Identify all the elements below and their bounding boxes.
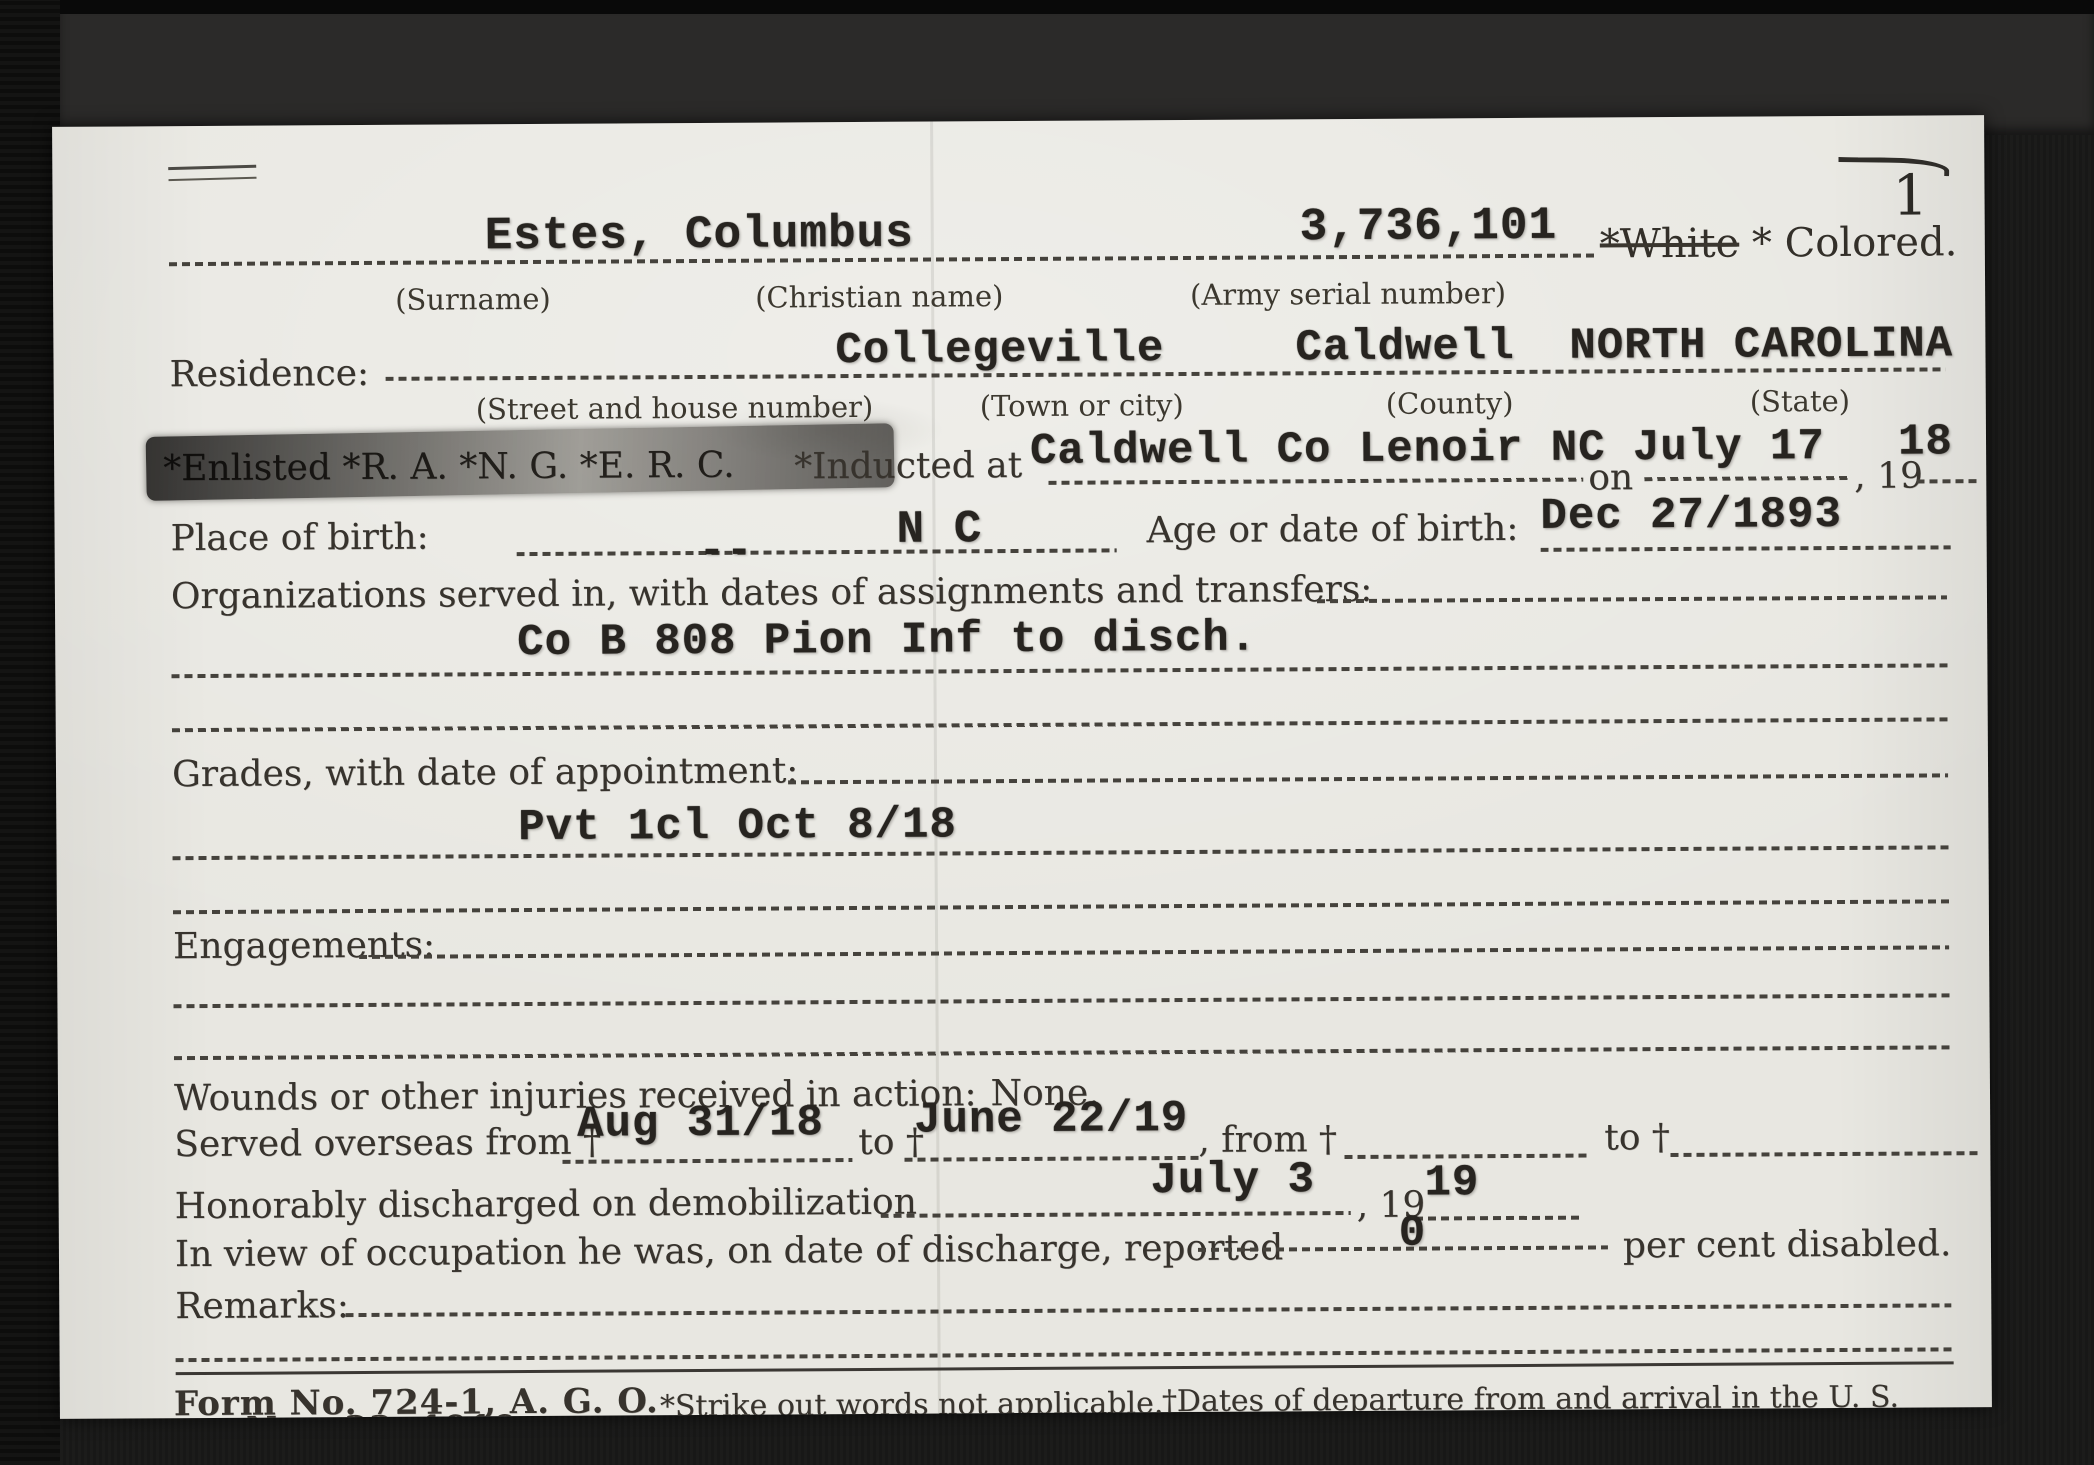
- dotted-rule: [174, 1045, 1952, 1060]
- induction-place-value: Caldwell Co Lenoir NC July 17: [1030, 422, 1825, 477]
- dotted-rule: [171, 663, 1949, 678]
- birth-place-label: Place of birth:: [170, 517, 428, 560]
- overseas-from1-value: Aug 31/18: [577, 1098, 824, 1150]
- engagements-label: Engagements:: [173, 925, 435, 968]
- birth-date-value: Dec 27/1893: [1540, 490, 1842, 542]
- birth-dashes-value: --: [699, 527, 754, 577]
- dotted-rule: [173, 993, 1951, 1008]
- dagger-note: †Dates of departure from and arrival in …: [1162, 1380, 1899, 1419]
- birth-place-value: N C: [896, 503, 982, 556]
- scan-left-edge: [0, 0, 60, 1465]
- dotted-rule: [1670, 1151, 1982, 1157]
- organizations-label: Organizations served in, with dates of a…: [171, 569, 1373, 617]
- grades-value: Pvt 1cl Oct 8/18: [518, 800, 957, 853]
- dotted-rule: [386, 367, 1946, 381]
- dotted-rule: [1048, 478, 1583, 485]
- dotted-rule: [562, 1158, 852, 1164]
- disability-value: 0: [1399, 1209, 1427, 1259]
- dotted-rule: [517, 548, 1117, 556]
- dotted-rule: [1644, 476, 1849, 481]
- discharge-label: Honorably discharged on demobilization: [175, 1182, 917, 1228]
- discharge-date-value: July 3: [1150, 1155, 1315, 1206]
- dotted-rule: [173, 845, 1951, 860]
- dotted-rule: [881, 1211, 1351, 1218]
- residence-county-value: Caldwell: [1295, 322, 1515, 373]
- fold-line: [930, 122, 941, 1414]
- disability-suffix: per cent disabled.: [1623, 1223, 1952, 1266]
- grades-label: Grades, with date of appointment:: [172, 750, 799, 795]
- organizations-value: Co B 808 Pion Inf to disch.: [517, 614, 1257, 669]
- birth-age-label: Age or date of birth:: [1146, 508, 1518, 551]
- overseas-to1-value: June 22/19: [914, 1094, 1188, 1146]
- overseas-label: Served overseas from †: [174, 1122, 601, 1166]
- remarks-label: Remarks:: [175, 1285, 349, 1327]
- dotted-rule: [173, 899, 1951, 914]
- town-caption: (Town or city): [980, 388, 1184, 423]
- dotted-rule: [176, 1347, 1954, 1362]
- scan-background: 1 Estes, Columbus 3,736,101 *White * Col…: [0, 0, 2094, 1465]
- dotted-rule: [1415, 1216, 1583, 1221]
- corner-dash-mark: [168, 165, 256, 181]
- dotted-rule: [172, 717, 1950, 732]
- residence-label: Residence:: [169, 353, 369, 395]
- residence-state-value: NORTH CAROLINA: [1569, 319, 1953, 371]
- christian-name-caption: (Christian name): [755, 279, 1003, 315]
- form-date: Nov. 22, 1919: [246, 1408, 519, 1419]
- state-caption: (State): [1750, 384, 1850, 419]
- race-strike-field: *White * Colored.: [1600, 219, 1958, 267]
- street-caption: (Street and house number): [476, 390, 874, 426]
- dotted-rule: [345, 1303, 1951, 1317]
- strikeout-smudge: [146, 423, 895, 501]
- dotted-rule: [1916, 479, 1978, 483]
- dotted-rule: [1541, 545, 1951, 552]
- white-option: *White: [1600, 221, 1740, 268]
- surname-value: Estes, Columbus: [485, 208, 914, 263]
- scan-top-edge: [0, 0, 2094, 14]
- county-caption: (County): [1386, 386, 1514, 421]
- serial-caption: (Army serial number): [1190, 276, 1506, 312]
- serial-number-value: 3,736,101: [1300, 200, 1558, 254]
- surname-caption: (Surname): [395, 282, 551, 317]
- wounds-label: Wounds or other injuries received in act…: [174, 1073, 977, 1119]
- residence-town-value: Collegeville: [835, 324, 1164, 376]
- inducted-at-label: *Inducted at: [794, 445, 1022, 487]
- dotted-rule: [788, 773, 1948, 784]
- induction-year-value: 18: [1898, 417, 1953, 467]
- discharge-year-value: 19: [1424, 1158, 1479, 1208]
- disability-label: In view of occupation he was, on date of…: [175, 1227, 1283, 1275]
- footer-rule: [176, 1361, 1954, 1375]
- overseas-to2-label: to †: [1604, 1117, 1670, 1158]
- strike-note: *Strike out words not applicable.: [660, 1386, 1164, 1419]
- service-record-card: 1 Estes, Columbus 3,736,101 *White * Col…: [52, 115, 1992, 1419]
- dotted-rule: [1317, 595, 1947, 603]
- dotted-rule: [359, 945, 1949, 959]
- colored-option: * Colored.: [1739, 219, 1957, 266]
